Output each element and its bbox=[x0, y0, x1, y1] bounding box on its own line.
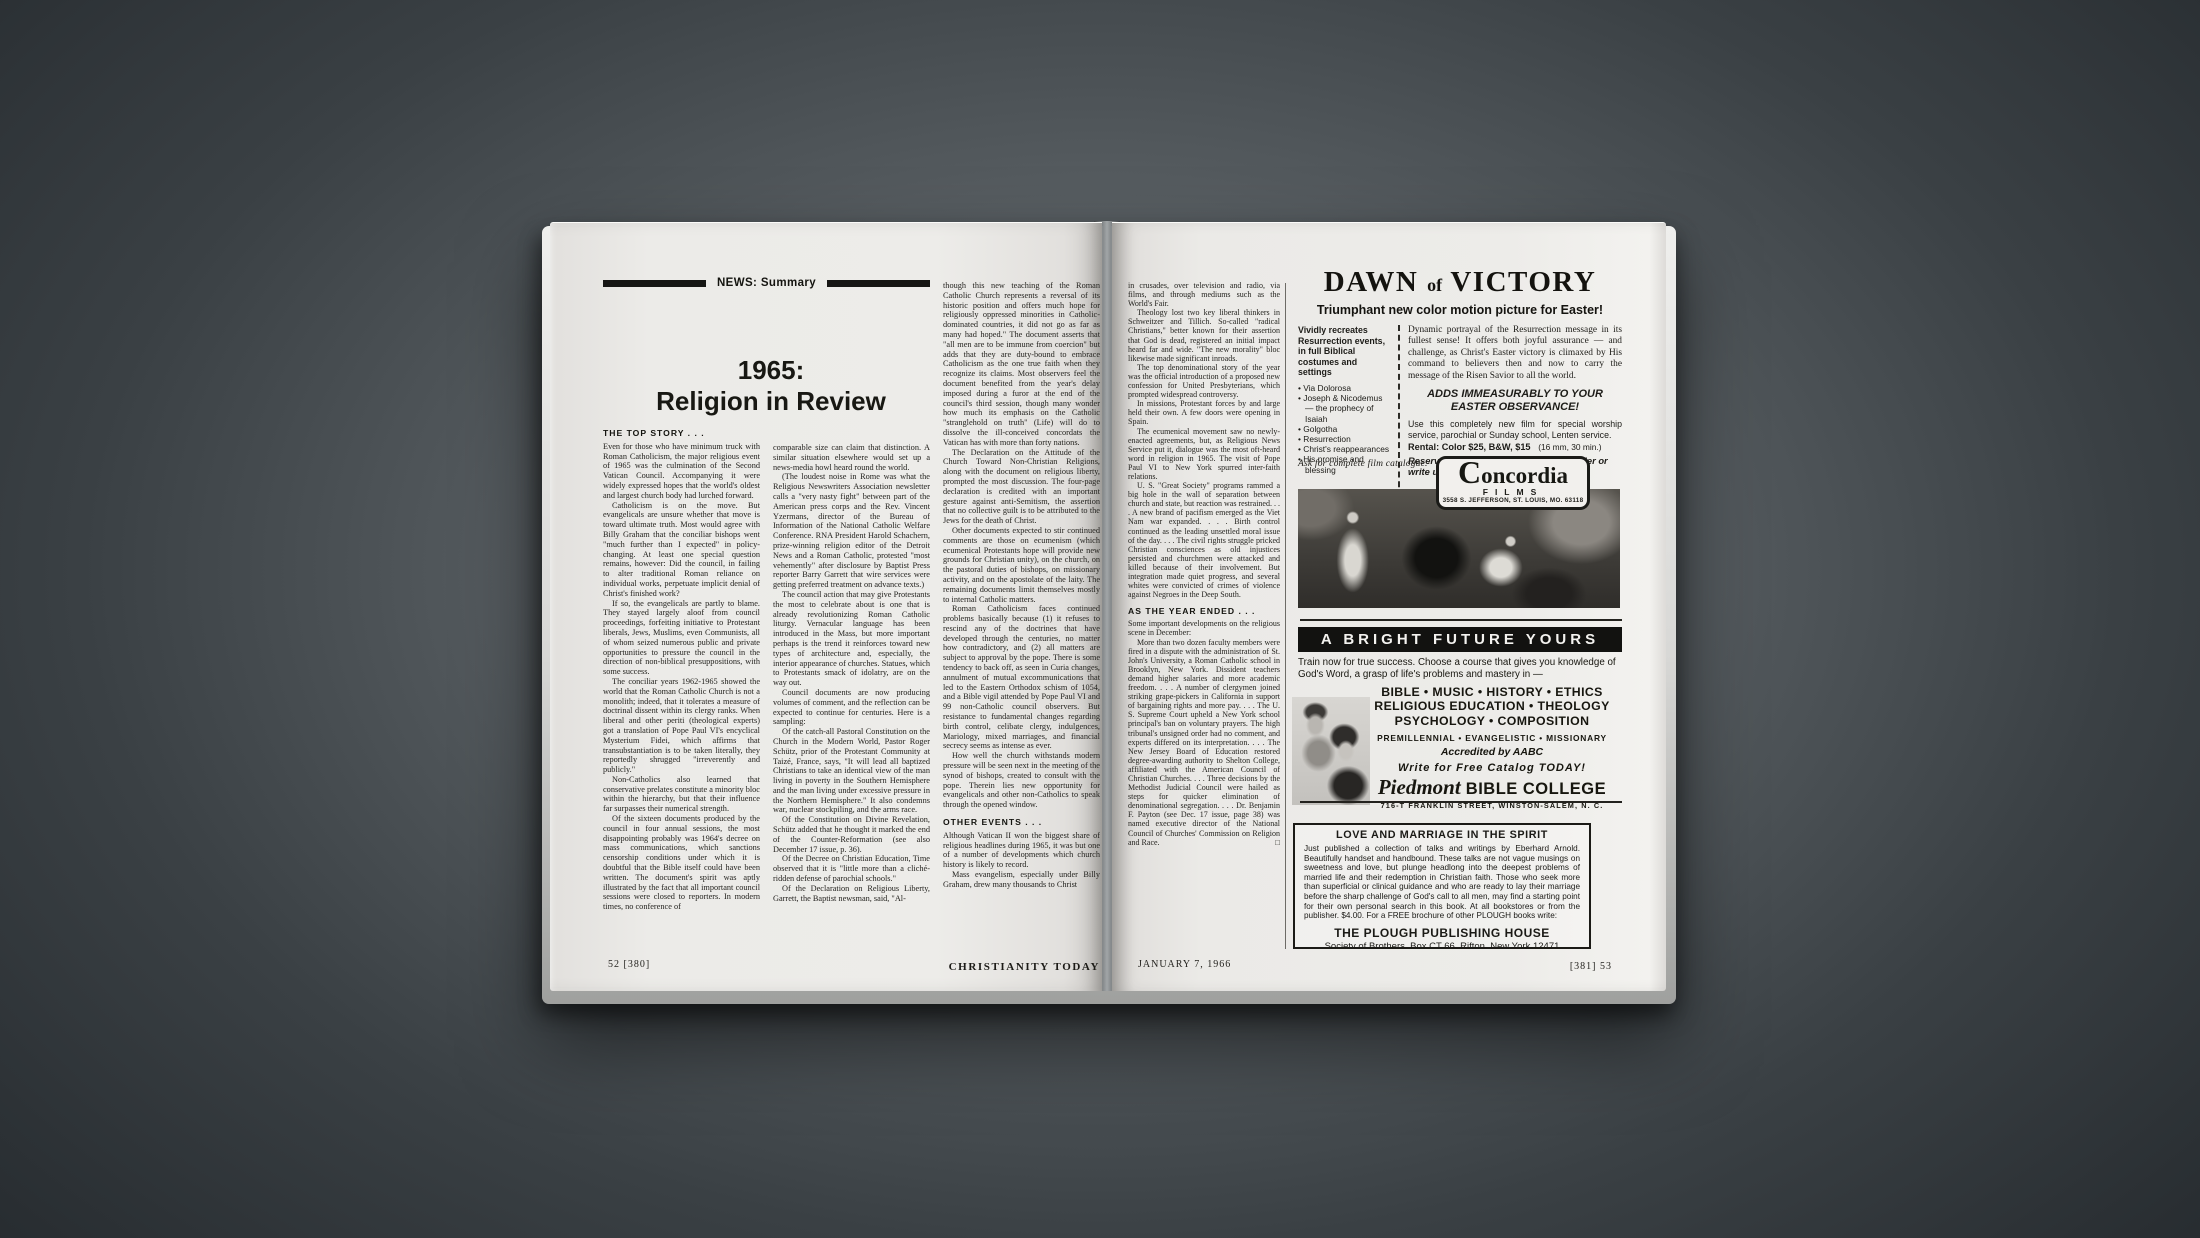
article-column-1: THE TOP STORY . . .Even for those who ha… bbox=[603, 429, 760, 963]
dawn-ad-catalogue-note: Ask for complete film catalogue. bbox=[1298, 459, 1428, 469]
paragraph: Although Vatican II won the biggest shar… bbox=[943, 831, 1100, 870]
piedmont-college-name: Piedmont BIBLE COLLEGE bbox=[1362, 775, 1622, 800]
paragraph: Golgotha bbox=[1298, 424, 1392, 434]
paragraph: The top denominational story of the year… bbox=[1128, 363, 1280, 399]
piedmont-ad-body: BIBLE • MUSIC • HISTORY • ETHICS RELIGIO… bbox=[1362, 685, 1622, 810]
paragraph: Mass evangelism, especially under Billy … bbox=[943, 870, 1100, 890]
ad-separator-rule-2 bbox=[1300, 801, 1622, 803]
page-right: in crusades, over television and radio, … bbox=[1112, 222, 1666, 991]
article-column-4: in crusades, over television and radio, … bbox=[1128, 281, 1280, 951]
paragraph: U. S. "Great Society" programs rammed a … bbox=[1128, 481, 1280, 599]
dawn-ad-subhead: Triumphant new color motion picture for … bbox=[1298, 303, 1622, 317]
paragraph: Of the Decree on Christian Education, Ti… bbox=[773, 854, 930, 883]
paragraph: Of the catch-all Pastoral Constitution o… bbox=[773, 727, 930, 815]
page-number-right: [381] 53 bbox=[1532, 961, 1612, 972]
paragraph: Christ's reappearances bbox=[1298, 444, 1392, 454]
paragraph: Theology lost two key liberal thinkers i… bbox=[1128, 308, 1280, 363]
paragraph: Non-Catholics also learned that conserva… bbox=[603, 775, 760, 814]
article-title-line1: 1965: bbox=[603, 355, 939, 386]
paragraph: Of the Constitution on Divine Revelation… bbox=[773, 815, 930, 854]
paragraph: If so, the evangelicals are partly to bl… bbox=[603, 599, 760, 677]
concordia-logo-address: 3558 S. JEFFERSON, ST. LOUIS, MO. 63118 bbox=[1439, 497, 1587, 505]
section-heading: THE TOP STORY . . . bbox=[603, 429, 760, 439]
dawn-ad-paragraph: Dynamic portrayal of the Resurrection me… bbox=[1408, 325, 1622, 382]
paragraph: Even for those who have minimum truck wi… bbox=[603, 442, 760, 501]
dawn-ad-feature-list: Vividly recreates Resurrection events, i… bbox=[1298, 325, 1392, 475]
plough-publisher-address: Society of Brothers, Box CT 66, Rifton, … bbox=[1304, 941, 1580, 949]
viewer-background: { "left_page": { "kicker": "NEWS: Summar… bbox=[0, 0, 2200, 1238]
piedmont-courses-line2: RELIGIOUS EDUCATION • THEOLOGY bbox=[1362, 699, 1622, 714]
paragraph: More than two dozen faculty members were… bbox=[1128, 638, 1280, 847]
article-title-line2: Religion in Review bbox=[603, 386, 939, 417]
piedmont-accreditation: Accredited by AABC bbox=[1362, 746, 1622, 758]
piedmont-ad-banner: A BRIGHT FUTURE YOURS bbox=[1298, 627, 1622, 652]
plough-ad-title: LOVE AND MARRIAGE IN THE SPIRIT bbox=[1304, 829, 1580, 841]
dawn-ad-slogan: ADDS IMMEASURABLY TO YOUR EASTER OBSERVA… bbox=[1408, 388, 1622, 414]
page-number-left: 52 [380] bbox=[608, 959, 650, 970]
section-heading: AS THE YEAR ENDED . . . bbox=[1128, 607, 1280, 616]
dawn-ad-usage: Use this completely new film for special… bbox=[1408, 419, 1622, 441]
dawn-ad-dashed-divider bbox=[1398, 325, 1400, 497]
article-column-2: comparable size can claim that distincti… bbox=[773, 443, 930, 963]
piedmont-courses-line3: PSYCHOLOGY • COMPOSITION bbox=[1362, 714, 1622, 729]
paragraph: How well the church withstands modern pr… bbox=[943, 751, 1100, 810]
piedmont-college-ad: A BRIGHT FUTURE YOURS Train now for true… bbox=[1298, 627, 1622, 799]
plough-ad-body: Just published a collection of talks and… bbox=[1304, 844, 1580, 921]
article-column-3: though this new teaching of the Roman Ca… bbox=[943, 281, 1100, 965]
paragraph: Some important developments on the relig… bbox=[1128, 619, 1280, 637]
page-left: NEWS: Summary 1965: Religion in Review T… bbox=[550, 222, 1102, 991]
kicker-rule-right bbox=[827, 280, 930, 287]
dawn-ad-rental: Rental: Color $25, B&W, $15 (16 mm, 30 m… bbox=[1408, 442, 1622, 452]
piedmont-courses-line1: BIBLE • MUSIC • HISTORY • ETHICS bbox=[1362, 685, 1622, 700]
paragraph: The ecumenical movement saw no newly-ena… bbox=[1128, 427, 1280, 482]
dawn-ad-intro: Vividly recreates Resurrection events, i… bbox=[1298, 325, 1392, 378]
plough-publishing-ad: LOVE AND MARRIAGE IN THE SPIRIT Just pub… bbox=[1293, 823, 1591, 949]
section-kicker: NEWS: Summary bbox=[603, 277, 930, 289]
paragraph: though this new teaching of the Roman Ca… bbox=[943, 281, 1100, 448]
article-title: 1965: Religion in Review bbox=[603, 355, 939, 417]
dawn-ad-headline: DAWN of VICTORY bbox=[1298, 267, 1622, 300]
paragraph: The council action that may give Protest… bbox=[773, 590, 930, 688]
concordia-films-logo: Concordia FILMS 3558 S. JEFFERSON, ST. L… bbox=[1436, 456, 1590, 510]
piedmont-distinctives-line: PREMILLENNIAL • EVANGELISTIC • MISSIONAR… bbox=[1362, 733, 1622, 743]
paragraph: Other documents expected to stir continu… bbox=[943, 526, 1100, 604]
column-divider-rule bbox=[1285, 283, 1286, 949]
kicker-label: NEWS: Summary bbox=[717, 277, 816, 289]
paragraph: The conciliar years 1962-1965 showed the… bbox=[603, 677, 760, 775]
paragraph: in crusades, over television and radio, … bbox=[1128, 281, 1280, 308]
paragraph: Of the Declaration on Religious Liberty,… bbox=[773, 884, 930, 904]
paragraph: The Declaration on the Attitude of the C… bbox=[943, 448, 1100, 526]
concordia-films-ad: DAWN of VICTORY Triumphant new color mot… bbox=[1298, 267, 1622, 619]
paragraph: Joseph & Nicodemus — the prophecy of Isa… bbox=[1298, 393, 1392, 424]
paragraph: Via Dolorosa bbox=[1298, 383, 1392, 393]
running-footer-left: CHRISTIANITY TODAY bbox=[943, 961, 1100, 973]
paragraph: Roman Catholicism faces continued proble… bbox=[943, 604, 1100, 751]
paragraph: Of the sixteen documents produced by the… bbox=[603, 814, 760, 912]
kicker-rule-left bbox=[603, 280, 706, 287]
concordia-logo-wordmark: Concordia bbox=[1439, 460, 1587, 488]
paragraph: In missions, Protestant forces by and la… bbox=[1128, 399, 1280, 426]
piedmont-ad-intro: Train now for true success. Choose a cou… bbox=[1298, 657, 1622, 681]
plough-publisher-name: THE PLOUGH PUBLISHING HOUSE bbox=[1304, 926, 1580, 940]
paragraph: Resurrection bbox=[1298, 434, 1392, 444]
paragraph: comparable size can claim that distincti… bbox=[773, 443, 930, 472]
students-photo bbox=[1292, 697, 1370, 805]
dawn-ad-copy: Dynamic portrayal of the Resurrection me… bbox=[1408, 325, 1622, 477]
piedmont-catalog-call: Write for Free Catalog TODAY! bbox=[1362, 762, 1622, 774]
running-footer-right: JANUARY 7, 1966 bbox=[1138, 959, 1231, 970]
magazine-spread: NEWS: Summary 1965: Religion in Review T… bbox=[548, 222, 1670, 990]
paragraph: (The loudest noise in Rome was what the … bbox=[773, 472, 930, 590]
section-heading: OTHER EVENTS . . . bbox=[943, 818, 1100, 828]
ad-separator-rule-1 bbox=[1300, 619, 1622, 621]
paragraph: Catholicism is on the move. But evangeli… bbox=[603, 501, 760, 599]
paragraph: Council documents are now producing volu… bbox=[773, 688, 930, 727]
